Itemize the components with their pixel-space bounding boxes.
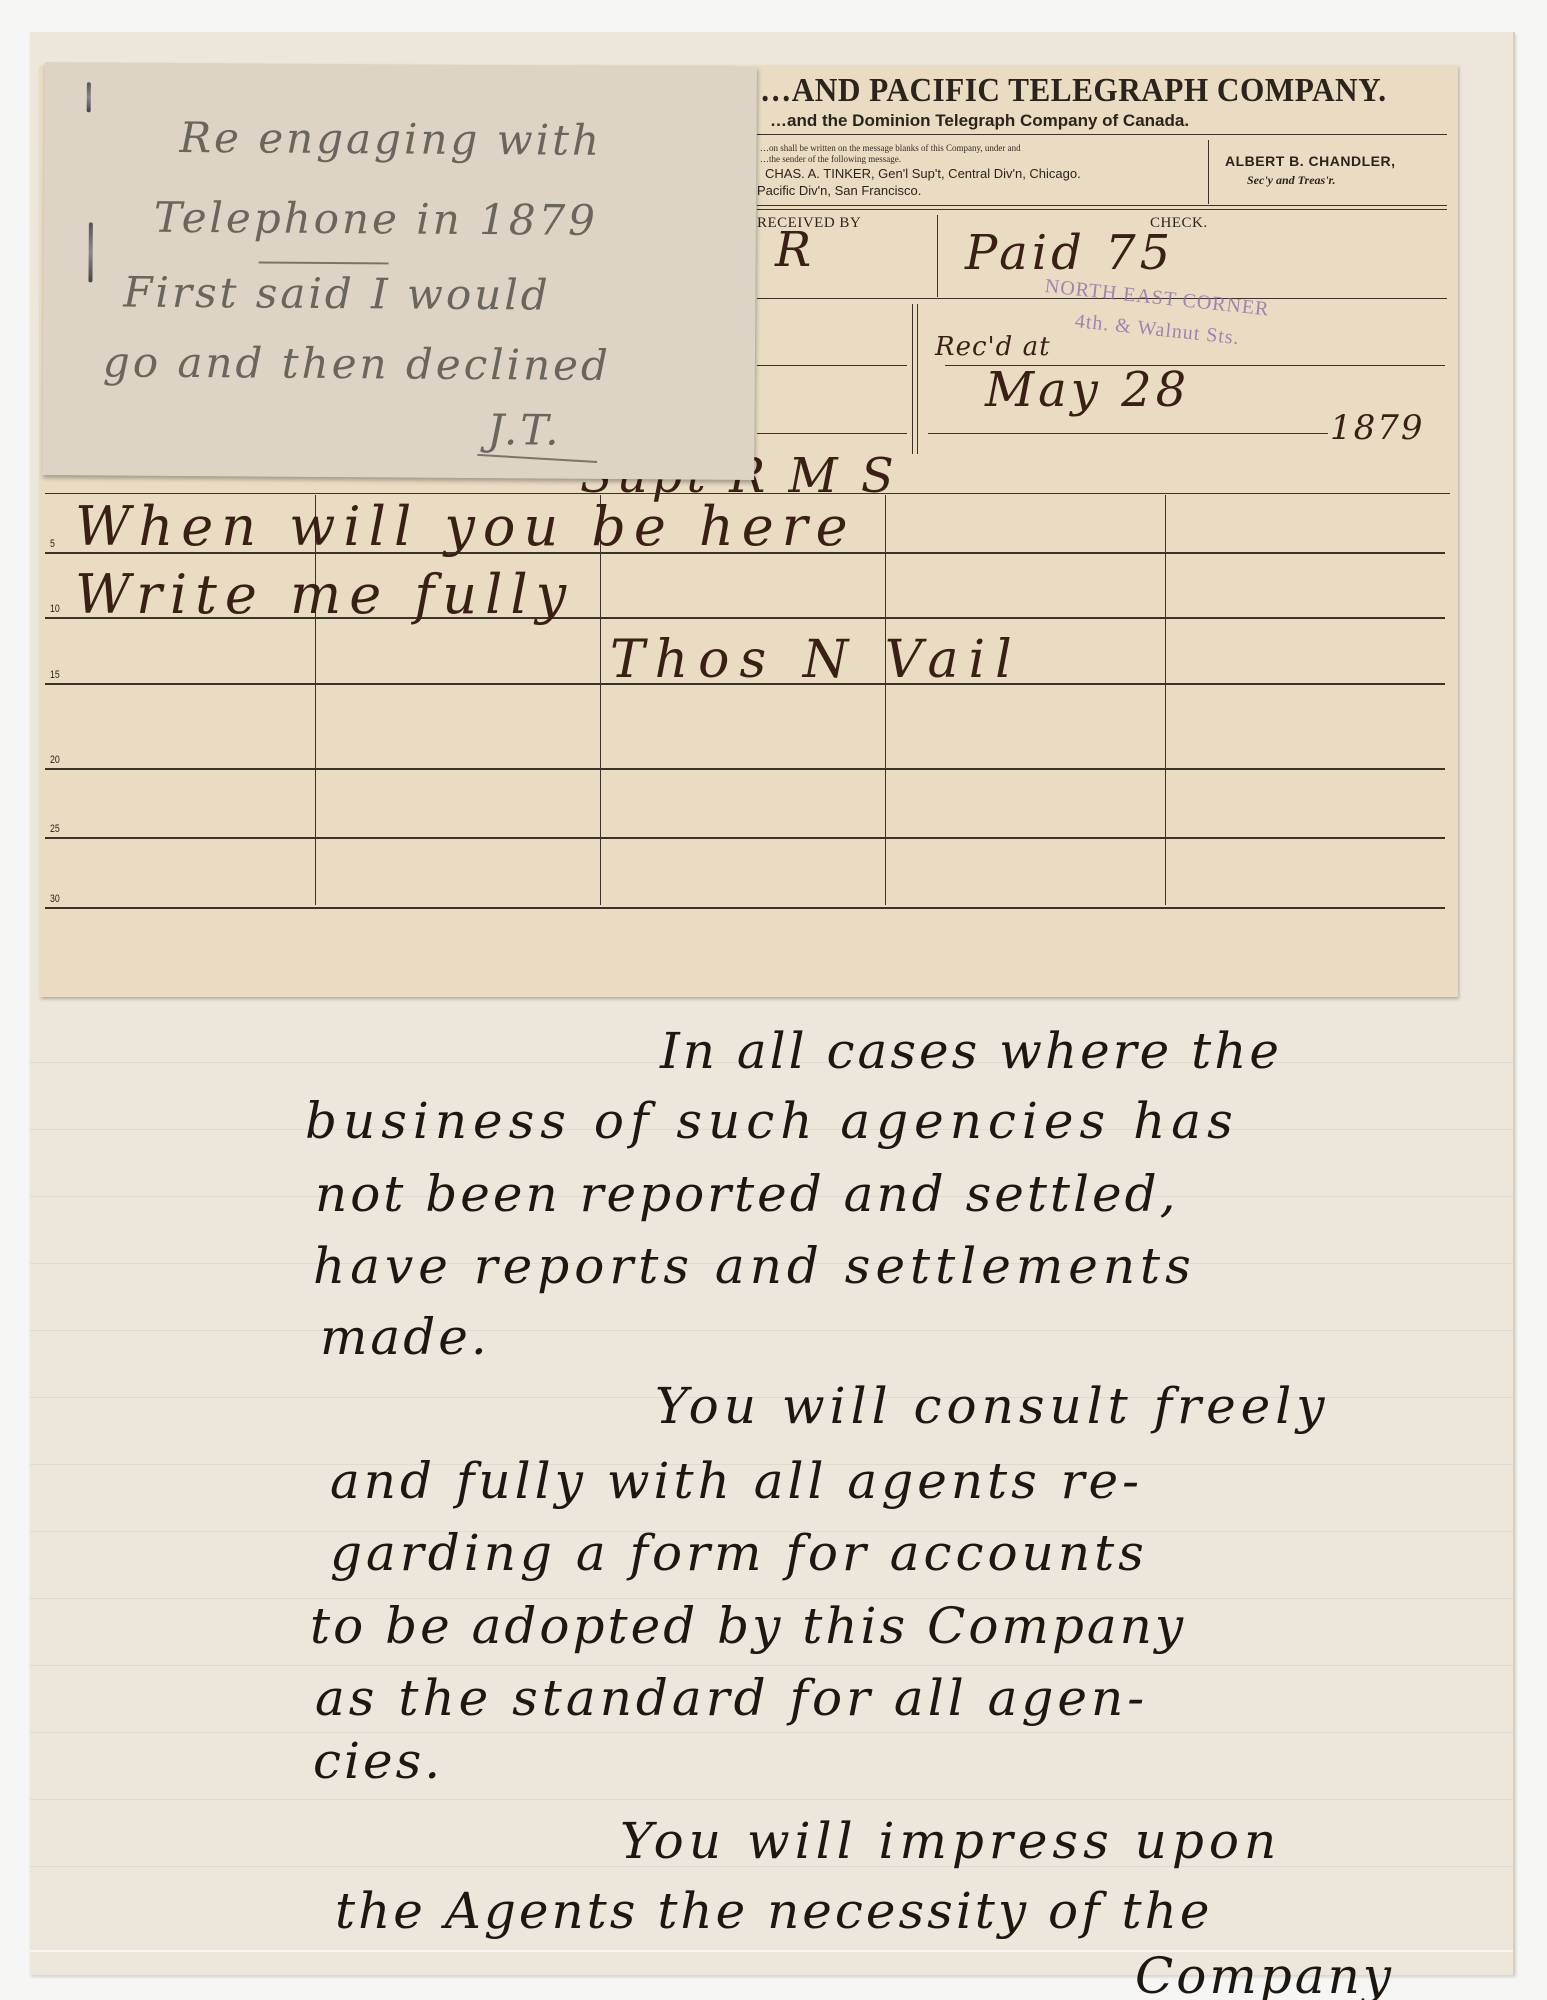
recd-date: May 28 (985, 362, 1190, 418)
notice-line-2: …the sender of the following message. (760, 154, 901, 164)
row-number-25: 25 (50, 823, 60, 835)
pin-icon (88, 222, 92, 282)
letter-line-6: You will consult freely (655, 1377, 1330, 1435)
note-line-1: Re engaging with (179, 113, 602, 165)
grid-top-rule (45, 493, 1450, 494)
letter-line-9: to be adopted by this Company (310, 1597, 1186, 1655)
letter-line-4: have reports and settlements (313, 1237, 1196, 1295)
letter-line-3: not been reported and settled, (315, 1165, 1179, 1223)
message-line-2: Write me fully (75, 563, 574, 626)
officer-line-1: CHAS. A. TINKER, Gen'l Sup't, Central Di… (765, 166, 1081, 181)
date-box-divider-2 (917, 304, 918, 454)
secretary-title: Sec'y and Treas'r. (1247, 173, 1336, 188)
note-initials: J.T. (487, 405, 561, 455)
note-underline (259, 261, 389, 264)
note-line-3: First said I would (123, 268, 551, 320)
header-bottom-rule-2 (757, 209, 1447, 210)
left-box-rule (757, 365, 907, 366)
letter-line-7: and fully with all agents re- (330, 1452, 1143, 1510)
letter-line-13: the Agents the necessity of the (335, 1882, 1212, 1940)
secretary-name: ALBERT B. CHANDLER, (1225, 153, 1396, 169)
note-line-4: go and then declined (103, 337, 611, 390)
check-value: Paid 75 (965, 225, 1174, 281)
note-initials-underline (477, 454, 597, 463)
grid-row-30 (45, 907, 1445, 909)
telegram-signature: Thos N Vail (610, 630, 1022, 690)
grid-col-3 (885, 495, 886, 905)
letter-line-11: cies. (313, 1732, 443, 1790)
grid-row-20 (45, 768, 1445, 770)
grid-row-25 (45, 837, 1445, 839)
telegram-subtitle: …and the Dominion Telegraph Company of C… (770, 111, 1189, 131)
date-rule (928, 433, 1328, 434)
row-number-30: 30 (50, 893, 60, 905)
officer-line-2: Pacific Div'n, San Francisco. (757, 183, 921, 198)
grid-col-4 (1165, 495, 1166, 905)
letter-line-1: In all cases where the (660, 1022, 1282, 1080)
message-line-1: When will you be here (75, 495, 856, 558)
letter-line-5: made. (320, 1308, 490, 1366)
letter-line-10: as the standard for all agen- (315, 1669, 1148, 1727)
header-bottom-rule-1 (757, 205, 1447, 206)
letter-line-2: business of such agencies has (305, 1092, 1239, 1150)
left-box-rule-2 (757, 433, 907, 434)
letter-line-12: You will impress upon (620, 1812, 1281, 1870)
notice-line-1: …on shall be written on the message blan… (760, 143, 1021, 153)
pencil-note-card: Re engaging with Telephone in 1879 First… (42, 62, 757, 480)
header-rule (757, 134, 1447, 135)
pin-icon (87, 82, 91, 112)
letter-line-8: garding a form for accounts (330, 1524, 1148, 1582)
recd-at-label: Rec'd at (935, 332, 1051, 362)
row-number-5: 5 (50, 538, 55, 550)
telegram-company-title: …AND PACIFIC TELEGRAPH COMPANY. (760, 72, 1387, 110)
note-line-2: Telephone in 1879 (154, 193, 598, 245)
row-number-15: 15 (50, 669, 60, 681)
header-divider (1208, 140, 1209, 204)
row-number-10: 10 (50, 603, 60, 615)
date-box-divider-1 (912, 304, 913, 454)
letter-line-14: Company (1135, 1947, 1394, 2000)
recd-year: 1879 (1330, 408, 1425, 448)
row-number-20: 20 (50, 754, 60, 766)
received-by-value: R (775, 222, 815, 278)
received-check-divider (937, 215, 938, 297)
